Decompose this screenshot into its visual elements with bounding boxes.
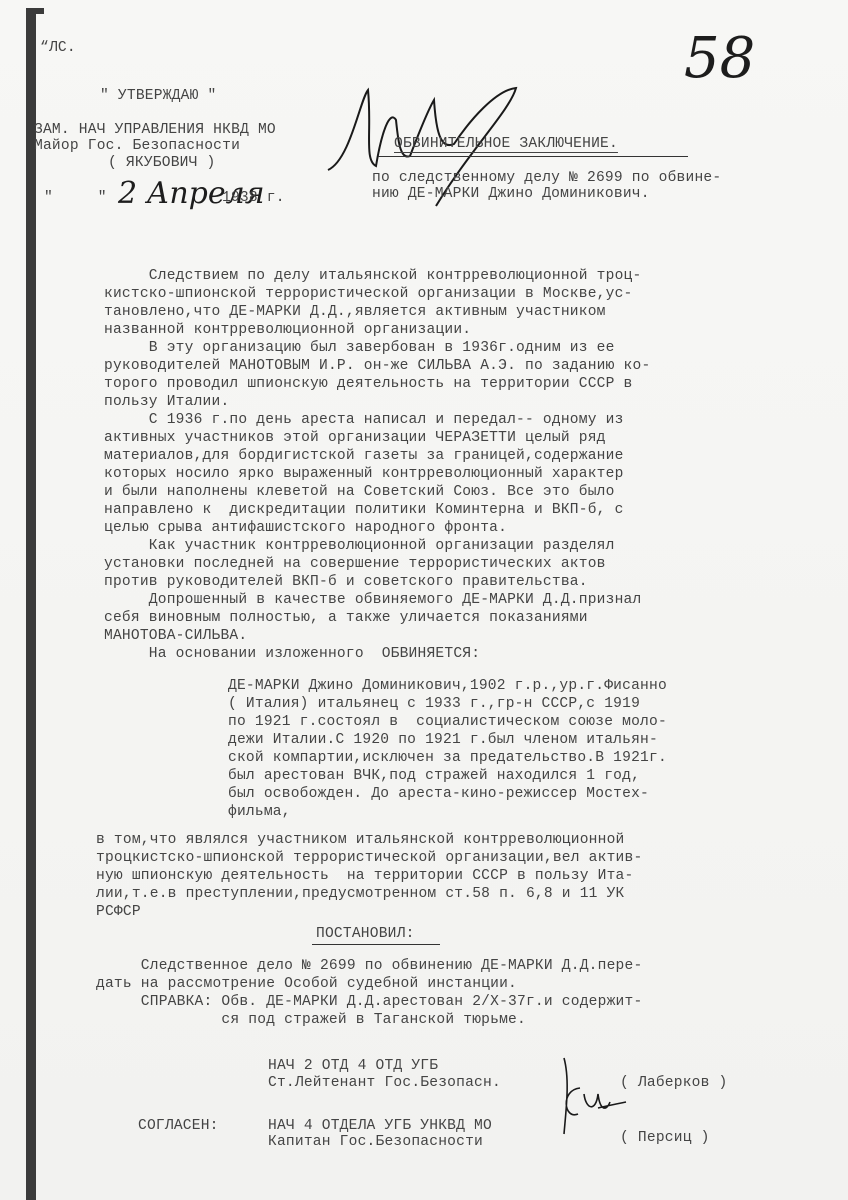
signer-1-position: НАЧ 2 ОТД 4 ОТД УГБ <box>268 1058 438 1074</box>
approval-line-1: ЗАМ. НАЧ УПРАВЛЕНИЯ НКВД МО <box>34 122 276 138</box>
signer-2-position: НАЧ 4 ОТДЕЛА УГБ УНКВД МО <box>268 1118 492 1134</box>
binder-margin-tick <box>26 8 44 14</box>
body-line: Следствием по делу итальянской контррево… <box>104 268 641 284</box>
body-line: установки последней на совершение террор… <box>104 556 606 572</box>
body-line: руководителей МАНОТОВЫМ И.Р. он-же СИЛЬВ… <box>104 358 650 374</box>
handwritten-page-number: 58 <box>684 26 755 91</box>
resolution-line: ся под стражей в Таганской тюрьме. <box>96 1012 526 1028</box>
agreed-label: СОГЛАСЕН: <box>138 1118 219 1134</box>
body-line: С 1936 г.по день ареста написал и переда… <box>104 412 624 428</box>
binder-margin-bar <box>26 8 36 1200</box>
approval-date-quotes: " " <box>44 190 107 206</box>
accused-line: ДЕ-МАРКИ Джино Доминикович,1902 г.р.,ур.… <box>228 678 667 694</box>
resolution-line: Следственное дело № 2699 по обвинению ДЕ… <box>96 958 642 974</box>
body-line: Допрошенный в качестве обвиняемого ДЕ-МА… <box>104 592 641 608</box>
body-line: себя виновным полностью, а также уличает… <box>104 610 588 626</box>
header-sub-2: нию ДЕ-МАРКИ Джино Доминикович. <box>372 186 650 202</box>
accused-line: был арестован ВЧК,под стражей находился … <box>228 768 640 784</box>
body-line: против руководителей ВКП-б и советского … <box>104 574 588 590</box>
approval-line-3: ( ЯКУБОВИЧ ) <box>108 155 216 171</box>
body-line: МАНОТОВА-СИЛЬВА. <box>104 628 247 644</box>
signer-2-name: ( Персиц ) <box>620 1130 710 1146</box>
approval-date-year: 1938 г. <box>222 190 285 206</box>
body-line: кистско-шпионской террористической орган… <box>104 286 633 302</box>
charge-line: лии,т.е.в преступлении,предусмотренном с… <box>96 886 625 902</box>
approval-line-2: Майор Гос. Безопасности <box>34 138 240 154</box>
charge-line: РСФСР <box>96 904 141 920</box>
resolution-line: дать на рассмотрение Особой судебной инс… <box>96 976 517 992</box>
body-line: материалов,для бордигистской газеты за г… <box>104 448 624 464</box>
corner-mark: “ЛС. <box>40 40 76 56</box>
accused-line: ской компартии,исключен за предательство… <box>228 750 667 766</box>
signer-1-name: ( Лаберков ) <box>620 1075 728 1091</box>
approval-title: " УТВЕРЖДАЮ " <box>100 88 216 104</box>
body-line: Как участник контрреволюционной организа… <box>104 538 615 554</box>
charge-line: в том,что являлся участником итальянской… <box>96 832 625 848</box>
body-line: На основании изложенного ОБВИНЯЕТСЯ: <box>104 646 480 662</box>
signer-2-rank: Капитан Гос.Безопасности <box>268 1134 483 1150</box>
accused-line: дежи Италии.С 1920 по 1921 г.был членом … <box>228 732 658 748</box>
signer-1-signature <box>540 1050 630 1140</box>
body-line: и были наполнены клеветой на Советский С… <box>104 484 615 500</box>
body-line: пользу Италии. <box>104 394 229 410</box>
document-title: ОБВИНИТЕЛЬНОЕ ЗАКЛЮЧЕНИЕ. <box>394 136 618 152</box>
accused-line: по 1921 г.состоял в социалистическом сою… <box>228 714 667 730</box>
body-line: которых носило ярко выраженный контррево… <box>104 466 624 482</box>
resolution-title: ПОСТАНОВИЛ: <box>316 926 415 942</box>
resolution-line: СПРАВКА: Обв. ДЕ-МАРКИ Д.Д.арестован 2/X… <box>96 994 642 1010</box>
header-sub-1: по следственному делу № 2699 по обвине- <box>372 170 721 186</box>
accused-line: был освобожден. До ареста-кино-режиссер … <box>228 786 649 802</box>
signer-1-rank: Ст.Лейтенант Гос.Безопасн. <box>268 1075 501 1091</box>
title-underline <box>378 156 688 157</box>
document-page: “ЛС. 58 " УТВЕРЖДАЮ " ЗАМ. НАЧ УПРАВЛЕНИ… <box>0 0 848 1200</box>
body-line: В эту организацию был завербован в 1936г… <box>104 340 615 356</box>
body-line: активных участников этой организации ЧЕР… <box>104 430 606 446</box>
body-line: названной контрреволюционной организации… <box>104 322 471 338</box>
charge-line: троцкистско-шпионской террористической о… <box>96 850 642 866</box>
resolution-underline <box>312 944 440 945</box>
accused-line: фильма, <box>228 804 291 820</box>
accused-line: ( Италия) итальянец с 1933 г.,гр-н СССР,… <box>228 696 640 712</box>
body-line: направлено к дискредитации политики Коми… <box>104 502 624 518</box>
body-line: торого проводил шпионскую деятельность н… <box>104 376 633 392</box>
body-line: целью срыва антифашистского народного фр… <box>104 520 507 536</box>
charge-line: ную шпионскую деятельность на территории… <box>96 868 633 884</box>
body-line: тановлено,что ДЕ-МАРКИ Д.Д.,является акт… <box>104 304 606 320</box>
